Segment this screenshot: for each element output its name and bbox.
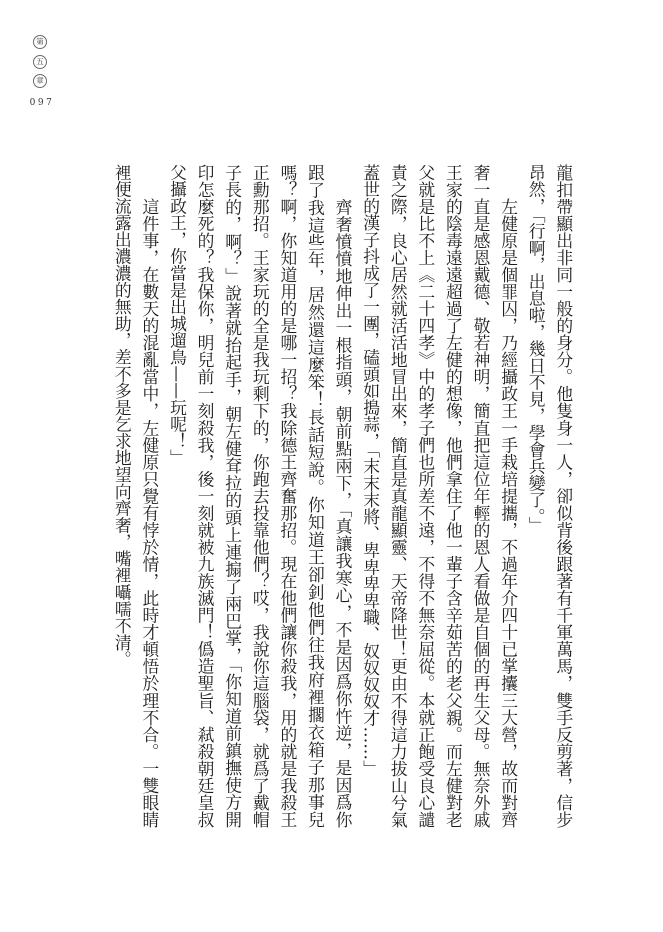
text-column: 蓋世的漢子抖成了一團，磕頭如搗蒜，「末末末將、卑卑卑卑職、奴奴奴奴才……」 bbox=[356, 164, 384, 828]
text-column: 王家的陰毒遠遠超過了左健的想像，他們拿住了他一輩子含辛茹苦的老父親。而左健對老 bbox=[439, 164, 467, 828]
text-column: 嗎？啊，你知道用的是哪一招？我除德王齊奮那招。現在他們讓你殺我，用的就是我殺王 bbox=[273, 164, 301, 828]
text-column: 左健原是個罪囚，乃經攝政王一手栽培提攜，不過年介四十已掌攮三大營，故而對齊 bbox=[494, 164, 522, 828]
chapter-marker-char: 章 bbox=[33, 74, 47, 88]
chapter-marker-char: 五 bbox=[33, 55, 47, 69]
text-column: 跟了我這些年，居然還這麼笨！長話短說。你知道王卻釗他們往我府裡擱衣箱子那事兒 bbox=[301, 164, 329, 828]
body-text: 龍扣帶顯出非同一般的身分。他隻身一人，卻似背後跟著有千軍萬馬，雙手反剪著，信步 … bbox=[108, 164, 577, 828]
text-column: 奢一直是感恩戴德、敬若神明，簡直把這位年輕的恩人看做是自個的再生父母。無奈外戚 bbox=[466, 164, 494, 828]
chapter-marker: 第 五 章 bbox=[33, 35, 47, 94]
text-column: 父就是比不上《二十四孝》中的孝子們也所差不遠，不得不無奈屈從。本就正飽受良心譴 bbox=[411, 164, 439, 828]
text-column: 這件事，在數天的混亂當中，左健原只覺有悖於情，此時才頓悟於理不合。一雙眼睛 bbox=[135, 164, 163, 828]
text-column: 父攝政王，你當是出城遛鳥——玩呢！」 bbox=[163, 164, 191, 828]
text-column: 正勳那招。王家玩的全是我玩剩下的，你跑去投靠他們？哎，我說你這腦袋，就爲了戴帽 bbox=[246, 164, 274, 828]
text-column: 齊奢憤憤地伸出一根指頭，朝前點兩下，「真讓我寒心，不是因爲你忤逆，是因爲你 bbox=[328, 164, 356, 828]
text-column: 責之際，良心居然就活活地冒出來，簡直是真龍顯靈、天帝降世！更由不得這力拔山兮氣 bbox=[384, 164, 412, 828]
text-column: 龍扣帶顯出非同一般的身分。他隻身一人，卻似背後跟著有千軍萬馬，雙手反剪著，信步 bbox=[549, 164, 577, 828]
text-column: 子長的，啊？」說著就抬起手，朝左健耷拉的頭上連搧了兩巴掌，「你知道前鎮撫使方開 bbox=[218, 164, 246, 828]
text-column: 裡便流露出濃濃的無助，差不多是乞求地望向齊奢，嘴裡囁嚅不清。 bbox=[108, 164, 136, 828]
text-column: 印怎麼死的？我保你，明兒前一刻殺我，後一刻就被九族滅門！僞造聖旨、弒殺朝廷皇叔 bbox=[190, 164, 218, 828]
page-number: 097 bbox=[28, 98, 56, 108]
text-column: 昂然，「行啊，出息啦，幾日不見，學會兵變了。」 bbox=[522, 164, 550, 828]
chapter-marker-char: 第 bbox=[33, 35, 47, 49]
